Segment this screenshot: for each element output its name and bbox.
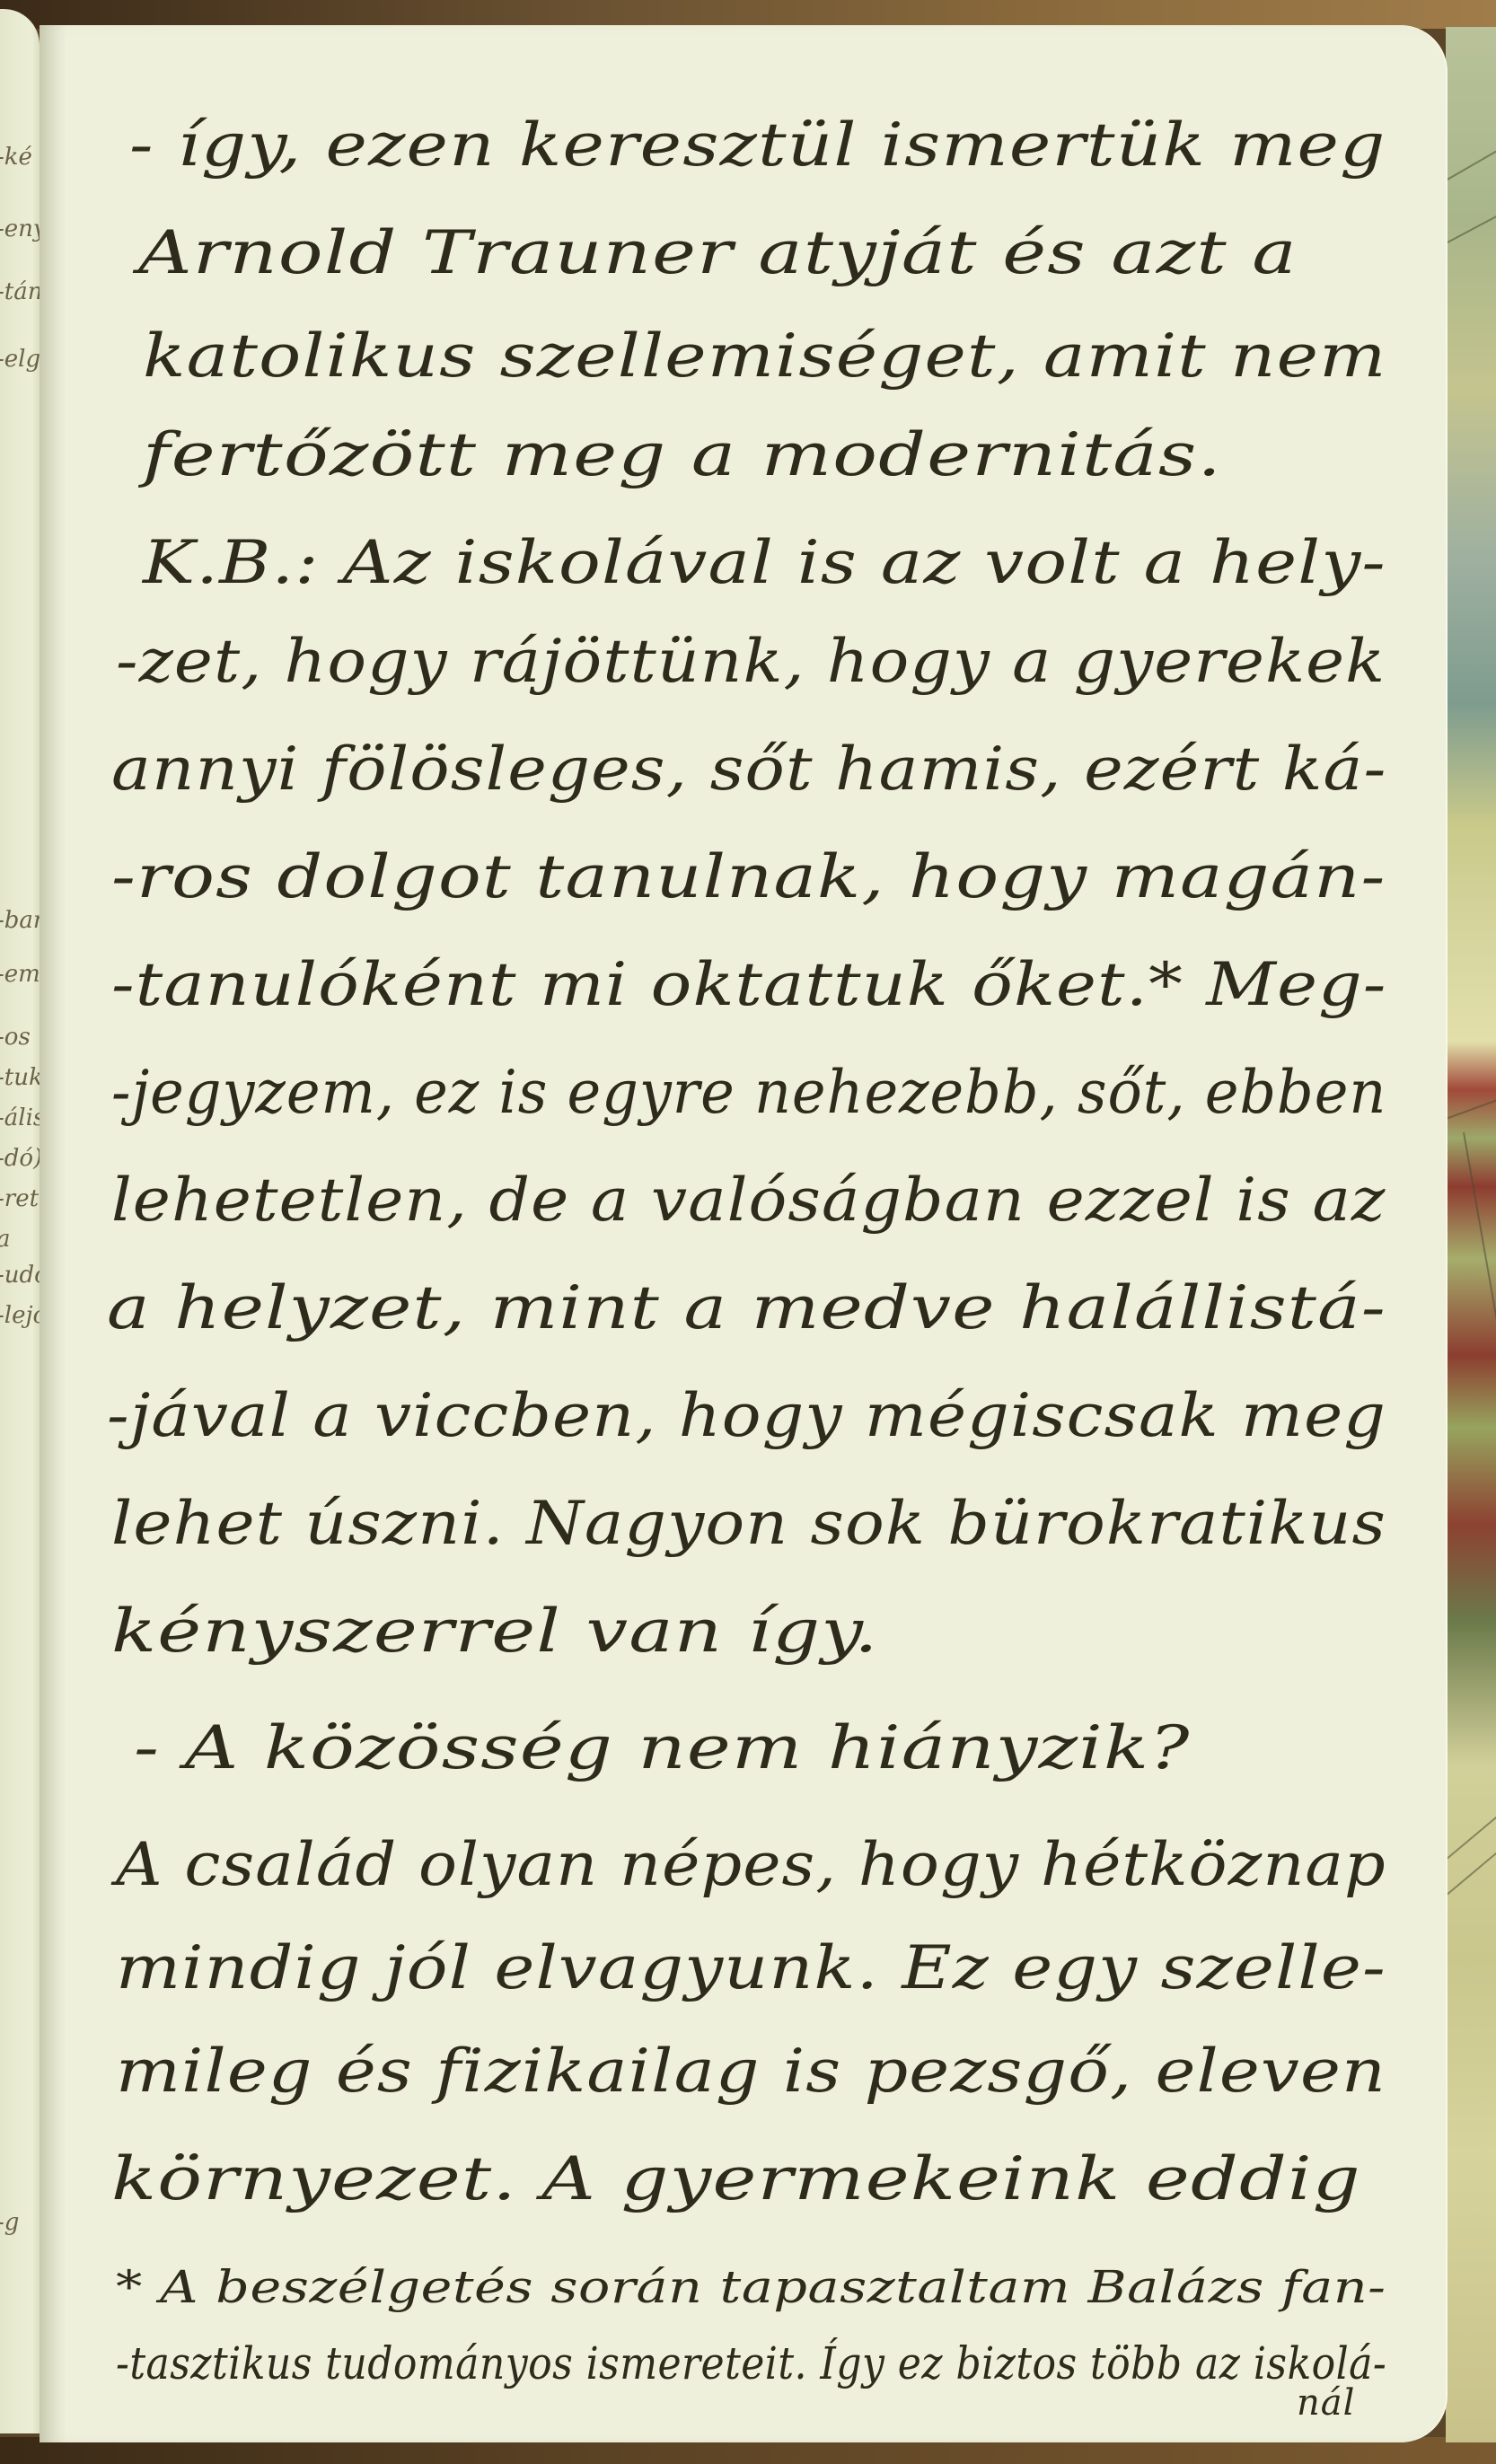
text-line: lehet úszni. Nagyon sok bürokratikus [111,1489,1386,1558]
text-line: mileg és fizikailag is pezsgő, eleven [116,2037,1386,2106]
footnote-line: * A beszélgetés során tapasztaltam Baláz… [116,2261,1386,2313]
prev-page-fragment: -tuk [0,1064,40,1091]
text-line: mindig jól elvagyunk. Ez egy szelle- [116,1933,1386,2002]
text-line: kényszerrel van így. [111,1597,879,1666]
text-line: -zet, hogy rájöttünk, hogy a gyerekek [116,627,1386,696]
prev-page-fragment: -dó) [0,1145,40,1172]
prev-page-fragment: a [0,1226,11,1253]
text-line: annyi fölösleges, sőt hamis, ezért ká- [111,735,1387,804]
prev-page-fragment: -ké [0,144,32,171]
text-line: A család olyan népes, hogy hétköznap [116,1830,1386,1899]
text-line: fertőzött meg a modernitás. [143,420,1222,489]
text-line: -jával a viccben, hogy mégiscsak meg [107,1381,1386,1450]
text-line: katolikus szellemiséget, amit nem [143,321,1387,391]
notebook-page: - így, ezen keresztül ismertük meg Arnol… [40,25,1446,2442]
text-line: -jegyzem, ez is egyre nehezebb, sőt, ebb… [111,1058,1386,1127]
prev-page-fragment: -elgő [0,346,40,373]
text-line: lehetetlen, de a valóságban ezzel is az [111,1166,1386,1235]
watercolor-illustration-edge [1446,27,1496,2442]
previous-page-edge: -ké -enyi -tánk -elgő -ban. -em -os -tuk… [0,9,40,2433]
text-line: Arnold Trauner atyját és azt a [138,218,1298,287]
prev-page-fragment: -tánk [0,278,40,305]
prev-page-fragment: -ális [0,1104,40,1131]
text-line: -ros dolgot tanulnak, hogy magán- [111,842,1386,911]
prev-page-fragment: -lejő [0,1302,40,1329]
prev-page-fragment: -ban. [0,907,40,934]
prev-page-fragment: -enyi [0,216,40,242]
text-line: K.B.: Az iskolával is az volt a hely- [143,528,1386,597]
footnote-line: -tasztikus tudományos ismereteit. Így ez… [116,2337,1386,2389]
prev-page-fragment: -em [0,961,40,988]
prev-page-fragment: -udom [0,1262,40,1289]
text-line: -tanulóként mi oktattuk őket.* Meg- [111,950,1387,1019]
footnote-tail: nál [1297,2382,1355,2424]
text-line: - A közösség nem hiányzik? [134,1713,1191,1782]
prev-page-fragment: -os [0,1024,31,1051]
prev-page-fragment: -g [0,2209,19,2236]
text-line: a helyzet, mint a medve halállistá- [107,1273,1386,1342]
prev-page-fragment: -ret- [0,1185,40,1212]
text-line: - így, ezen keresztül ismertük meg [129,110,1386,180]
text-line: környezet. A gyermekeink eddig [111,2144,1361,2213]
